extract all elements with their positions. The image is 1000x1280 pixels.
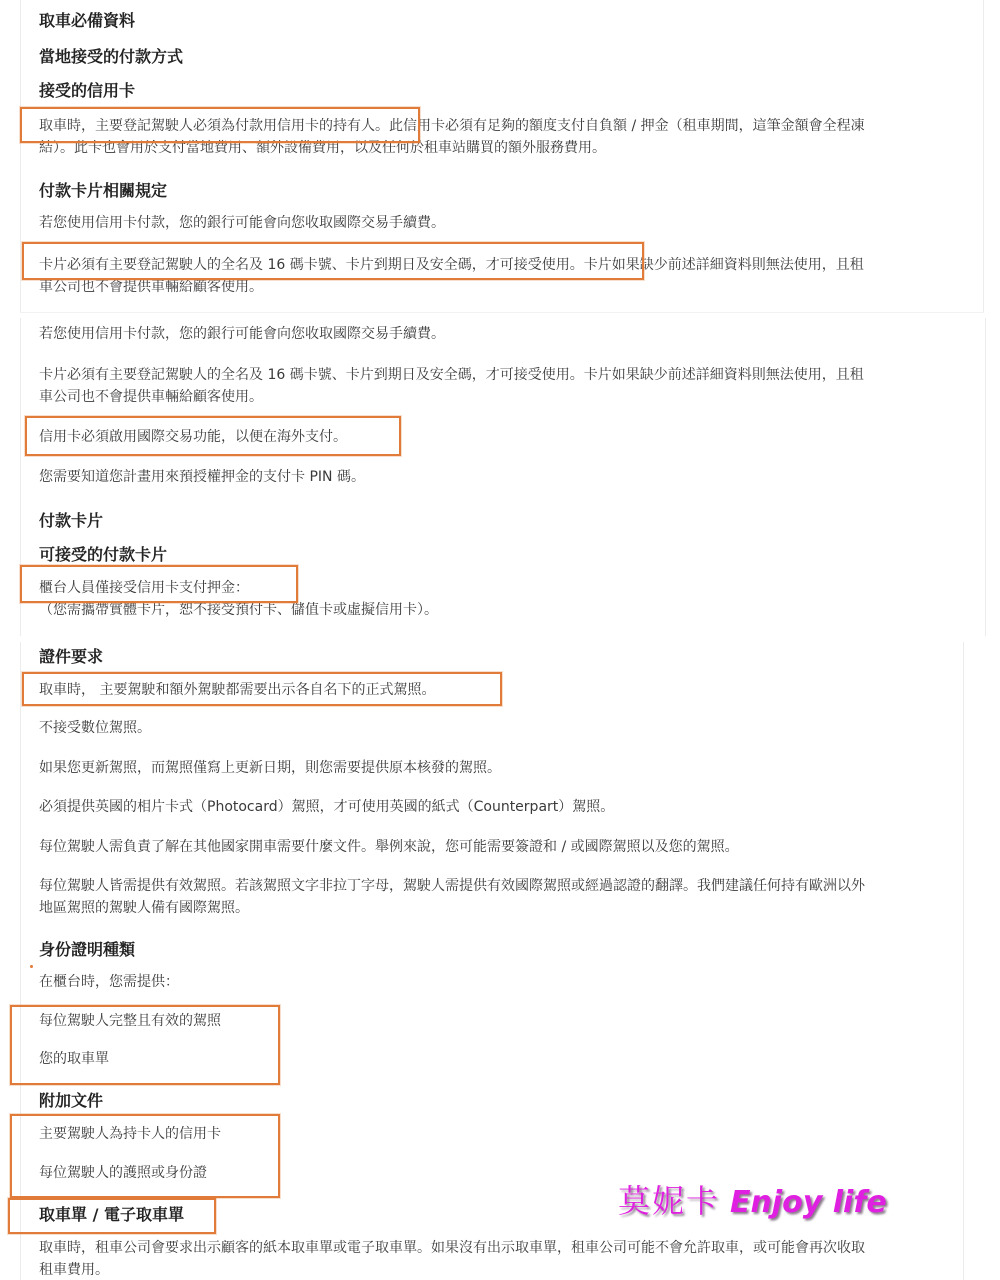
para-card-details: 卡片必須有主要登記駕駛人的全名及 16 碼卡號、卡片到期日及安全碼，才可接受使用…	[39, 254, 864, 276]
para-pin: 您需要知道您計畫用來預授權押金的支付卡 PIN 碼。	[39, 466, 365, 488]
para-card-details-highlight: 卡片必須有主要登記駕駛人的全名及 16 碼卡號、卡片到期日及安全碼，才可接受使用…	[39, 257, 584, 273]
list-item: 您的取車單	[39, 1048, 109, 1070]
para-card-details-2-line2: 車公司也不會提供車輛給顧客使用。	[39, 386, 263, 408]
watermark-en: Enjoy life	[730, 1185, 887, 1220]
heading-accepted-credit-cards: 接受的信用卡	[39, 80, 135, 102]
heading-payment-cards: 付款卡片	[39, 510, 103, 532]
heading-card-rules: 付款卡片相關規定	[39, 180, 167, 202]
para-at-counter: 在櫃台時，您需提供：	[39, 971, 179, 993]
para-card-details-2: 卡片必須有主要登記駕駛人的全名及 16 碼卡號、卡片到期日及安全碼，才可接受使用…	[39, 364, 864, 386]
heading-additional-documents: 附加文件	[39, 1090, 103, 1112]
para-renewed-license: 如果您更新駕照，而駕照僅寫上更新日期，則您需要提供原本核發的駕照。	[39, 757, 501, 779]
para-license-required: 取車時， 主要駕駛和額外駕駛都需要出示各自名下的正式駕照。	[39, 679, 435, 701]
para-intl-fee: 若您使用信用卡付款，您的銀行可能會向您收取國際交易手續費。	[39, 212, 445, 234]
para-card-details-line2: 車公司也不會提供車輛給顧客使用。	[39, 276, 263, 298]
heading-local-payment: 當地接受的付款方式	[39, 46, 183, 68]
para-cardholder-highlight: 取車時，主要登記駕駛人必須為付款用信用卡的持有人	[39, 118, 375, 134]
para-voucher-line2: 租車費用。	[39, 1259, 109, 1280]
para-valid-license-line2: 地區駕照的駕駛人備有國際駕照。	[39, 897, 249, 919]
watermark-cn: 莫妮卡	[618, 1182, 720, 1220]
para-cardholder-line2: 結）。此卡也會用於支付當地費用、額外設備費用，以及任何於租車站購買的額外服務費用…	[39, 137, 606, 159]
para-cardholder-rest: 。此信用卡必須有足夠的額度支付自負額 / 押金（租車期間，這筆金額會全程凍	[375, 118, 865, 134]
list-item: 每位駕駛人的護照或身份證	[39, 1162, 207, 1184]
para-voucher: 取車時，租車公司會要求出示顧客的紙本取車單或電子取車單。如果沒有出示取車單，租車…	[39, 1237, 865, 1259]
para-no-digital-license: 不接受數位駕照。	[39, 717, 151, 739]
heading-voucher: 取車單 / 電子取車單	[39, 1204, 184, 1226]
para-card-details-rest: 卡片如果缺少前述詳細資料則無法使用，且租	[584, 257, 864, 273]
stray-dot	[30, 965, 33, 968]
heading-pickup-requirements: 取車必備資料	[39, 10, 135, 32]
para-international-enabled: 信用卡必須啟用國際交易功能，以便在海外支付。	[39, 426, 347, 448]
para-physical-card: （您需攜帶實體卡片，恕不接受預付卡、儲值卡或虛擬信用卡）。	[39, 599, 438, 621]
para-other-countries: 每位駕駛人需負責了解在其他國家開車需要什麼文件。舉例來說，您可能需要簽證和 / …	[39, 836, 739, 858]
para-counter-credit-only: 櫃台人員僅接受信用卡支付押金：	[39, 577, 249, 599]
para-cardholder: 取車時，主要登記駕駛人必須為付款用信用卡的持有人。此信用卡必須有足夠的額度支付自…	[39, 115, 865, 137]
list-item: 主要駕駛人為持卡人的信用卡	[39, 1123, 221, 1145]
heading-id-types: 身份證明種類	[39, 939, 135, 961]
para-intl-fee-2: 若您使用信用卡付款，您的銀行可能會向您收取國際交易手續費。	[39, 323, 445, 345]
list-item: 每位駕駛人完整且有效的駕照	[39, 1010, 221, 1032]
heading-accepted-payment-cards: 可接受的付款卡片	[39, 544, 167, 566]
watermark-logo: 莫妮卡Enjoy life	[618, 1176, 887, 1222]
heading-document-requirements: 證件要求	[39, 646, 103, 668]
para-uk-license: 必須提供英國的相片卡式（Photocard）駕照，才可使用英國的紙式（Count…	[39, 796, 614, 818]
para-valid-license: 每位駕駛人皆需提供有效駕照。若該駕照文字非拉丁字母，駕駛人需提供有效國際駕照或經…	[39, 875, 865, 897]
